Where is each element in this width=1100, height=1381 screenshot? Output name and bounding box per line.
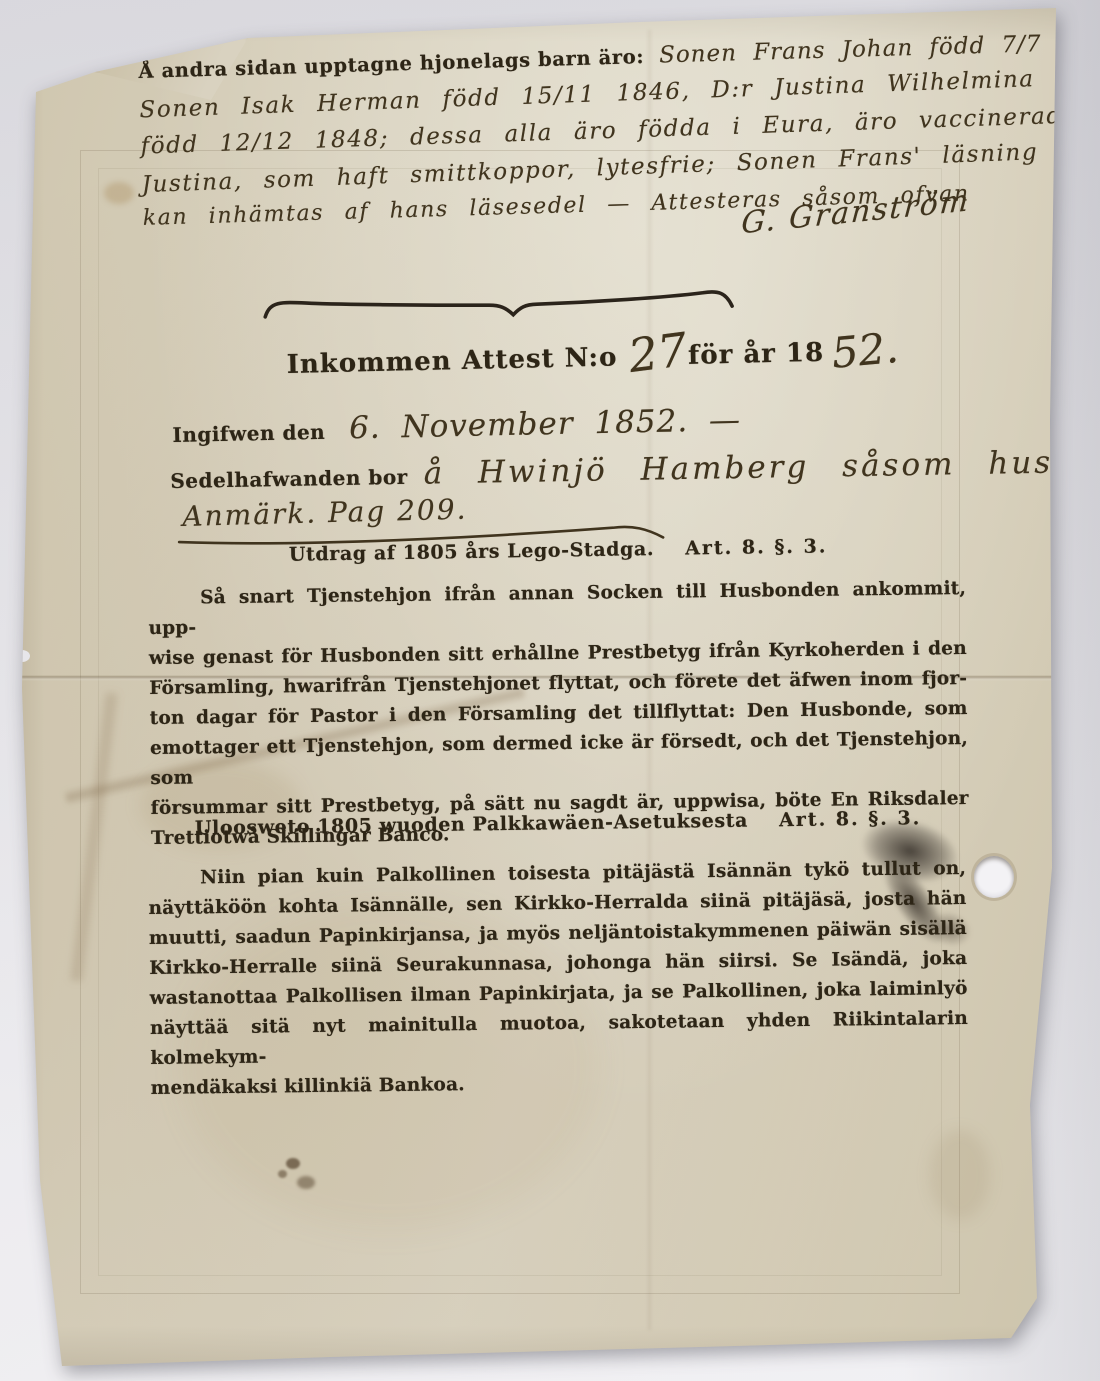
stain-speck: [278, 1170, 287, 1178]
finnish-heading-ref: Art. 8. §. 3.: [779, 807, 922, 831]
paper-sheet: Å andra sidan upptagne hjonelags barn är…: [0, 0, 1100, 1381]
paper-edge-nick: [14, 650, 30, 662]
received-label: Ingifwen den: [172, 420, 325, 447]
finnish-paragraph: Niin pian kuin Palkollinen toisesta pitä…: [148, 854, 969, 1104]
stain-speck: [286, 1158, 300, 1169]
handwriting-line: Sonen Frans Johan född 7/7 1841;: [659, 29, 1100, 69]
holder-label: Sedelhafwanden bor: [170, 465, 408, 493]
annotation-line: Anmärk. Pag 209.: [182, 493, 468, 533]
attest-number-handwritten: 27: [625, 322, 690, 383]
hole-punch: [974, 856, 1014, 898]
swedish-heading-ref: Art. 8. §. 3.: [685, 535, 828, 559]
paragraph-line: emottager ett Tjenstehjon, som dermed ic…: [150, 724, 969, 794]
attest-prefix: Inkommen Attest N:o: [286, 342, 617, 379]
attest-middle: för år 18: [688, 338, 825, 371]
attest-year-handwritten: 52.: [829, 323, 900, 378]
stain-speck: [297, 1176, 315, 1189]
paragraph-line: Så snart Tjenstehjon ifrån annan Socken …: [148, 574, 967, 644]
stain-spot: [104, 182, 134, 204]
paragraph-line: näyttää sitä nyt mainitulla muotoa, sako…: [150, 1004, 969, 1074]
paper-wrapper: Å andra sidan upptagne hjonelags barn är…: [0, 0, 1100, 1381]
top-note-section: Å andra sidan upptagne hjonelags barn är…: [138, 31, 1048, 231]
document-photo: Å andra sidan upptagne hjonelags barn är…: [0, 0, 1100, 1381]
stain-patch: [930, 1130, 990, 1220]
